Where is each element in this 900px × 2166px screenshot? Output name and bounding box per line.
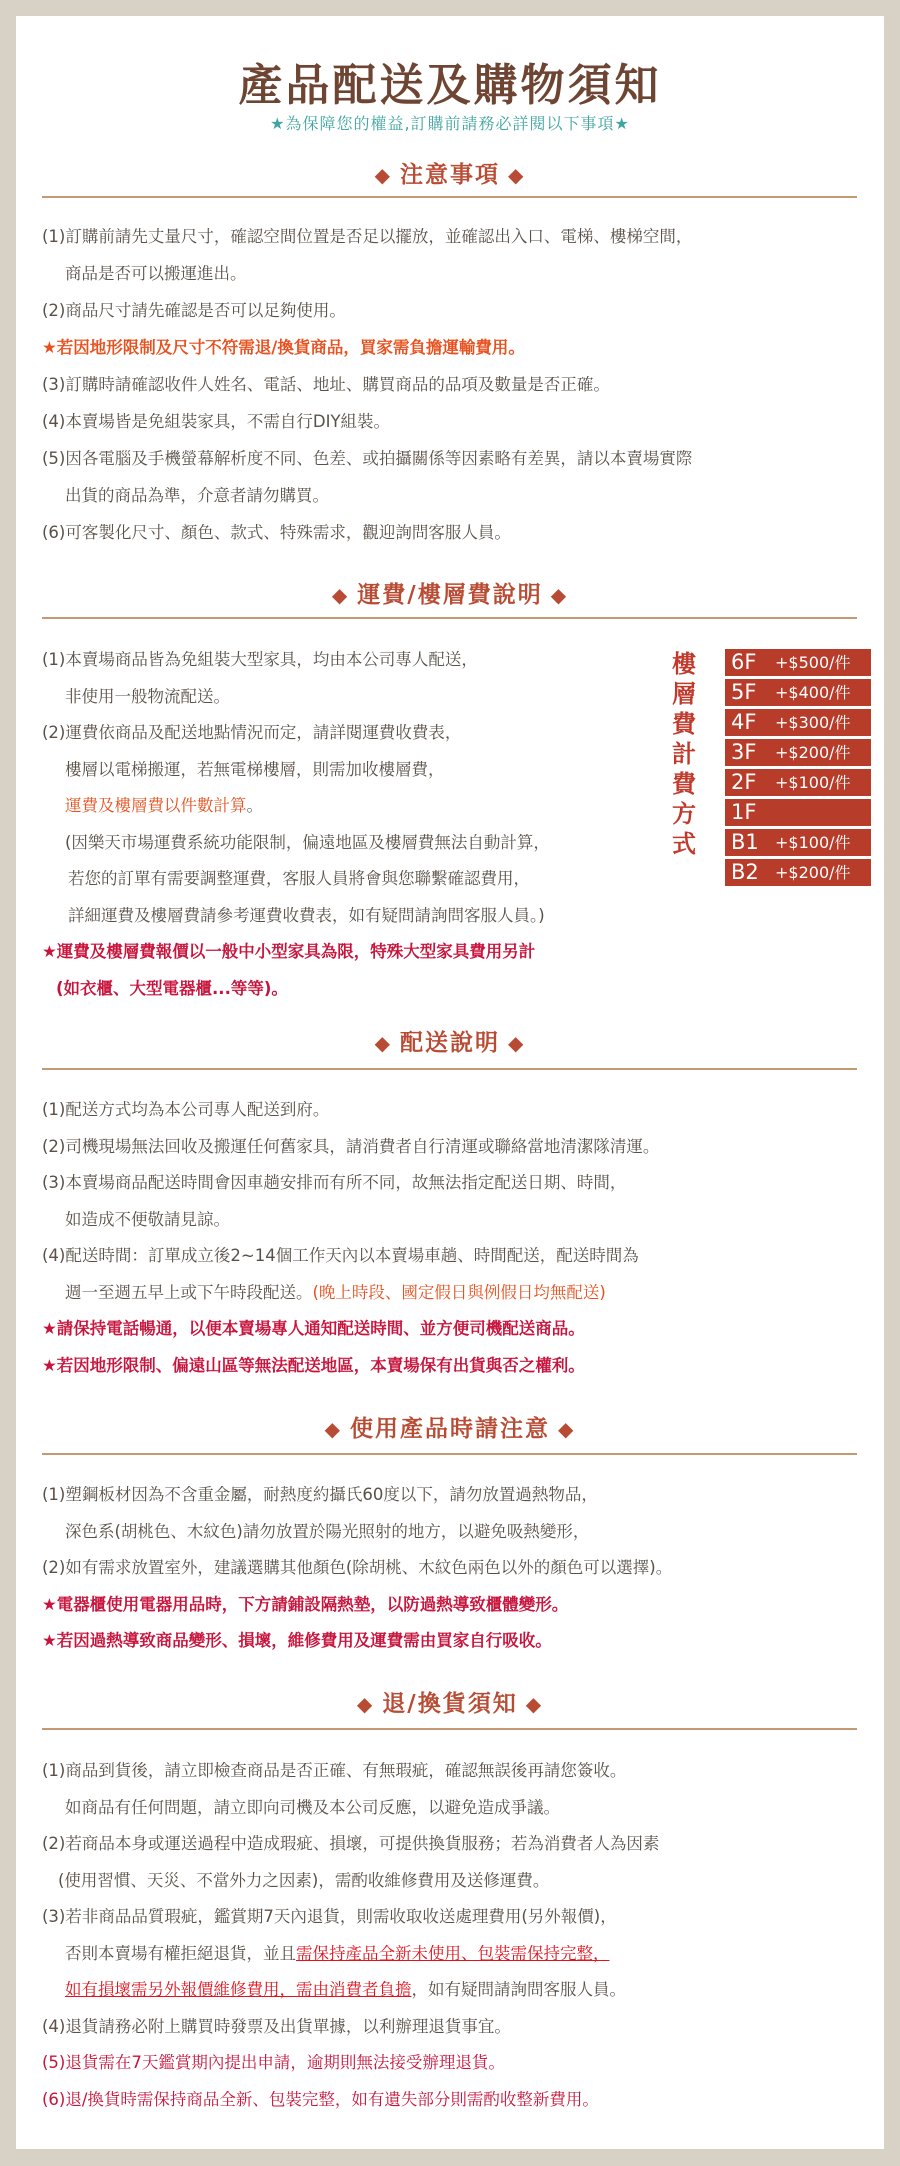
diamond-icon: ◆: [551, 583, 568, 607]
period-text: 。: [247, 796, 264, 815]
floor-fee: +$100/件: [775, 769, 851, 796]
label-char: 方: [669, 799, 699, 829]
section-heading-notes: ◆注意事項◆: [16, 160, 884, 190]
divider: [42, 1453, 857, 1455]
floor-fee: +$100/件: [775, 829, 851, 856]
list-item: (4)配送時間：訂單成立後2~14個工作天內以本賣場車趟、時間配送，配送時間為: [42, 1238, 862, 1275]
label-char: 費: [669, 769, 699, 799]
floor-level: B1: [731, 829, 775, 856]
floor-row: 4F+$300/件: [725, 709, 871, 736]
section-heading-delivery: ◆配送說明◆: [16, 1028, 884, 1058]
label-char: 計: [669, 739, 699, 769]
list-item: 週一至週五早上或下午時段配送。(晚上時段、國定假日與例假日均無配送): [42, 1275, 862, 1312]
warning-item: (6)退/換貨時需保持商品全新、包裝完整，如有遺失部分則需酌收整新費用。: [42, 2082, 862, 2119]
warning-item: (5)退貨需在7天鑑賞期內提出申請，逾期則無法接受辦理退貨。: [42, 2045, 862, 2082]
notes-list: (1)訂購前請先丈量尺寸，確認空間位置是否足以擺放，並確認出入口、電梯、樓梯空間…: [42, 218, 862, 551]
notice-card: 產品配送及購物須知 ★為保障您的權益,訂購前請務必詳閱以下事項★ ◆注意事項◆ …: [16, 16, 884, 2149]
warning-item: ★請保持電話暢通，以便本賣場專人通知配送時間、並方便司機配送商品。: [42, 1311, 862, 1348]
diamond-icon: ◆: [375, 1031, 392, 1055]
underlined-condition: 需保持產品全新未使用、包裝需保持完整，: [296, 1944, 610, 1963]
list-item: 詳細運費及樓層費請參考運費收費表，如有疑問請詢問客服人員。): [42, 898, 682, 935]
warning-item: ★若因地形限制及尺寸不符需退/換貨商品，買家需負擔運輸費用。: [42, 329, 862, 366]
diamond-icon: ◆: [508, 1031, 525, 1055]
floor-fee: +$500/件: [775, 649, 851, 676]
list-item: (5)因各電腦及手機螢幕解析度不同、色差、或拍攝關係等因素略有差異，請以本賣場實…: [42, 440, 862, 477]
section-heading-text: 使用產品時請注意: [350, 1416, 550, 1442]
floor-row: B1+$100/件: [725, 829, 871, 856]
diamond-icon: ◆: [375, 163, 392, 187]
page-title: 產品配送及購物須知: [16, 58, 884, 114]
floor-fee: +$400/件: [775, 679, 851, 706]
list-item: (1)配送方式均為本公司專人配送到府。: [42, 1092, 862, 1129]
list-item: 商品是否可以搬運進出。: [42, 255, 862, 292]
section-heading-shipping-fee: ◆運費/樓層費說明◆: [16, 580, 884, 610]
diamond-icon: ◆: [332, 583, 349, 607]
divider: [42, 1728, 857, 1730]
no-delivery-note: (晚上時段、國定假日與例假日均無配送): [313, 1283, 606, 1302]
label-char: 層: [669, 679, 699, 709]
floor-level: 5F: [731, 679, 775, 706]
section-heading-text: 注意事項: [400, 162, 500, 188]
list-item: (2)若商品本身或運送過程中造成瑕疵、損壞，可提供換貨服務；若為消費者人為因素: [42, 1826, 862, 1863]
floor-fee: +$200/件: [775, 859, 851, 886]
returns-list: (1)商品到貨後，請立即檢查商品是否正確、有無瑕疵，確認無誤後再請您簽收。 如商…: [42, 1753, 862, 2118]
list-item: (2)運費依商品及配送地點情況而定，請詳閱運費收費表，: [42, 715, 682, 752]
floor-level: 2F: [731, 769, 775, 796]
list-item: 非使用一般物流配送。: [42, 679, 682, 716]
warning-item: ★若因地形限制、偏遠山區等無法配送地區，本賣場保有出貨與否之權利。: [42, 1348, 862, 1385]
list-item: 否則本賣場有權拒絕退貨，並且需保持產品全新未使用、包裝需保持完整，: [42, 1936, 862, 1973]
floor-level: B2: [731, 859, 775, 886]
divider: [42, 617, 857, 619]
floor-row: 3F+$200/件: [725, 739, 871, 766]
section-heading-text: 退/換貨須知: [382, 1691, 517, 1717]
warning-item: ★若因過熱導致商品變形、損壞，維修費用及運費需由買家自行吸收。: [42, 1623, 862, 1660]
list-item: (3)若非商品品質瑕疵，鑑賞期7天內退貨，則需收取收送處理費用(另外報價)，: [42, 1899, 862, 1936]
underlined-condition: 如有損壞需另外報價維修費用，需由消費者負擔: [65, 1980, 412, 1999]
warning-item: (如衣櫃、大型電器櫃...等等)。: [42, 971, 682, 1008]
floor-fee: +$200/件: [775, 739, 851, 766]
floor-fee: +$300/件: [775, 709, 851, 736]
section-heading-returns: ◆退/換貨須知◆: [16, 1689, 884, 1719]
list-item: (1)商品到貨後，請立即檢查商品是否正確、有無瑕疵，確認無誤後再請您簽收。: [42, 1753, 862, 1790]
list-item: (因樂天市場運費系統功能限制，偏遠地區及樓層費無法自動計算，: [42, 825, 682, 862]
list-item: 出貨的商品為準，介意者請勿購買。: [42, 477, 862, 514]
list-item: (1)訂購前請先丈量尺寸，確認空間位置是否足以擺放，並確認出入口、電梯、樓梯空間…: [42, 218, 862, 255]
floor-row: B2+$200/件: [725, 859, 871, 886]
shipping-fee-list: (1)本賣場商品皆為免組裝大型家具，均由本公司專人配送， 非使用一般物流配送。 …: [42, 642, 682, 1007]
list-item: (4)本賣場皆是免組裝家具，不需自行DIY組裝。: [42, 403, 862, 440]
diamond-icon: ◆: [558, 1417, 575, 1441]
diamond-icon: ◆: [508, 163, 525, 187]
floor-row: 5F+$400/件: [725, 679, 871, 706]
section-heading-text: 配送說明: [400, 1030, 500, 1056]
list-item: 若您的訂單有需要調整運費，客服人員將會與您聯繫確認費用，: [42, 861, 682, 898]
list-item: 運費及樓層費以件數計算。: [42, 788, 682, 825]
floor-level: 1F: [731, 799, 775, 826]
floor-fee-rows: 6F+$500/件 5F+$400/件 4F+$300/件 3F+$200/件 …: [725, 649, 871, 889]
delivery-list: (1)配送方式均為本公司專人配送到府。 (2)司機現場無法回收及搬運任何舊家具，…: [42, 1092, 862, 1384]
warning-item: ★運費及樓層費報價以一般中小型家具為限，特殊大型家具費用另計: [42, 934, 682, 971]
diamond-icon: ◆: [526, 1692, 543, 1716]
list-item: (2)商品尺寸請先確認是否可以足夠使用。: [42, 292, 862, 329]
label-char: 費: [669, 709, 699, 739]
floor-row: 1F: [725, 799, 871, 826]
usage-list: (1)塑鋼板材因為不含重金屬，耐熱度約攝氏60度以下，請勿放置過熱物品， 深色系…: [42, 1477, 862, 1660]
list-item: (3)本賣場商品配送時間會因車趟安排而有所不同，故無法指定配送日期、時間，: [42, 1165, 862, 1202]
contact-text: ，如有疑問請詢問客服人員。: [412, 1980, 627, 1999]
list-item: (6)可客製化尺寸、顏色、款式、特殊需求，觀迎詢問客服人員。: [42, 514, 862, 551]
divider: [42, 1068, 857, 1070]
label-char: 樓: [669, 649, 699, 679]
list-item: (4)退貨請務必附上購買時發票及出貨單據，以利辦理退貨事宜。: [42, 2009, 862, 2046]
return-rights-text: 否則本賣場有權拒絕退貨，並且: [65, 1944, 296, 1963]
list-item: (3)訂購時請確認收件人姓名、電話、地址、購買商品的品項及數量是否正確。: [42, 366, 862, 403]
divider: [42, 196, 857, 198]
section-heading-text: 運費/樓層費說明: [357, 582, 542, 608]
section-heading-usage: ◆使用產品時請注意◆: [16, 1414, 884, 1444]
diamond-icon: ◆: [325, 1417, 342, 1441]
list-item: 如造成不便敬請見諒。: [42, 1202, 862, 1239]
list-item: (使用習慣、天災、不當外力之因素)，需酌收維修費用及送修運費。: [42, 1863, 862, 1900]
highlight-text: 運費及樓層費以件數計算: [65, 796, 247, 815]
delivery-time-text: 週一至週五早上或下午時段配送。: [65, 1283, 313, 1302]
list-item: 樓層以電梯搬運，若無電梯樓層，則需加收樓層費，: [42, 752, 682, 789]
warning-item: ★電器櫃使用電器用品時，下方請鋪設隔熱墊，以防過熱導致櫃體變形。: [42, 1587, 862, 1624]
floor-level: 4F: [731, 709, 775, 736]
list-item: 如商品有任何問題，請立即向司機及本公司反應，以避免造成爭議。: [42, 1790, 862, 1827]
diamond-icon: ◆: [357, 1692, 374, 1716]
list-item: (2)司機現場無法回收及搬運任何舊家具，請消費者自行清運或聯絡當地清潔隊清運。: [42, 1129, 862, 1166]
list-item: 如有損壞需另外報價維修費用，需由消費者負擔，如有疑問請詢問客服人員。: [42, 1972, 862, 2009]
floor-row: 6F+$500/件: [725, 649, 871, 676]
list-item: (1)塑鋼板材因為不含重金屬，耐熱度約攝氏60度以下，請勿放置過熱物品，: [42, 1477, 862, 1514]
floor-row: 2F+$100/件: [725, 769, 871, 796]
list-item: (1)本賣場商品皆為免組裝大型家具，均由本公司專人配送，: [42, 642, 682, 679]
page-subtitle: ★為保障您的權益,訂購前請務必詳閱以下事項★: [16, 113, 884, 135]
list-item: 深色系(胡桃色、木紋色)請勿放置於陽光照射的地方，以避免吸熱變形，: [42, 1514, 862, 1551]
floor-level: 3F: [731, 739, 775, 766]
list-item: (2)如有需求放置室外，建議選購其他顏色(除胡桃、木紋色兩色以外的顏色可以選擇)…: [42, 1550, 862, 1587]
label-char: 式: [669, 829, 699, 859]
floor-level: 6F: [731, 649, 775, 676]
floor-fee-label: 樓 層 費 計 費 方 式: [669, 649, 699, 859]
